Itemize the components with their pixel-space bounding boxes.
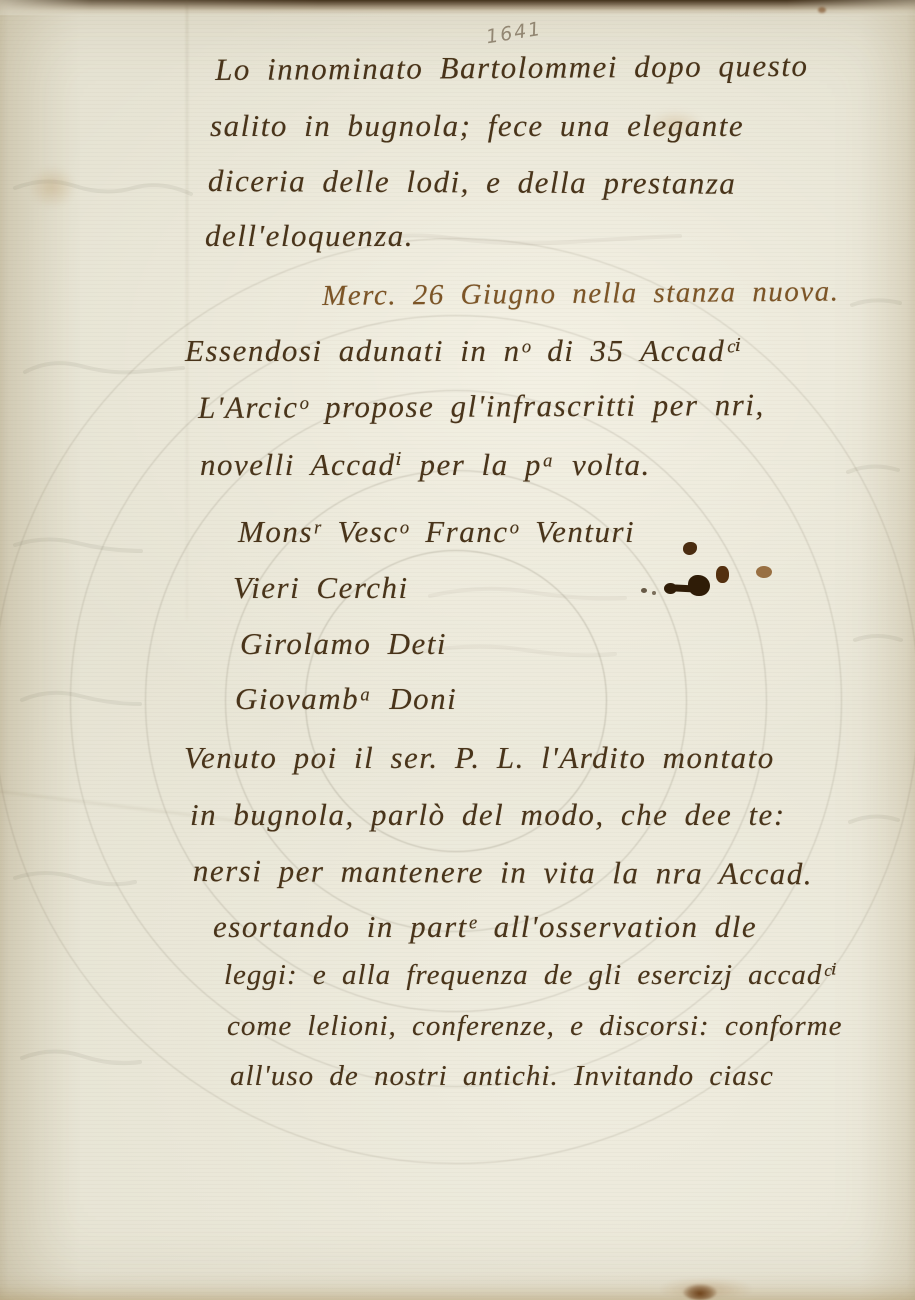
manuscript-line: leggi: e alla frequenza de gli esercizj …	[224, 957, 838, 992]
manuscript-line: L'Arcicᵒ propose gl'infrascritti per nri…	[198, 387, 765, 426]
ink-blot	[641, 588, 647, 593]
name-entry: Girolamo Deti	[240, 626, 447, 662]
manuscript-line: esortando in partᵉ all'osservation dle	[213, 909, 757, 945]
name-entry: Monsʳ Vescᵒ Francᵒ Venturi	[238, 514, 635, 550]
paper-crease	[186, 0, 188, 620]
manuscript-line: nersi per mantenere in vita la nra Accad…	[193, 853, 813, 892]
name-entry: Vieri Cerchi	[233, 570, 409, 606]
name-entry: Giovambᵃ Doni	[235, 681, 457, 717]
manuscript-line: Essendosi adunati in nᵒ di 35 Accadᶜⁱ	[185, 333, 743, 369]
manuscript-line: diceria delle lodi, e della prestanza	[208, 163, 737, 202]
manuscript-line: novelli Accadⁱ per la pᵃ volta.	[200, 447, 651, 483]
ink-blot	[688, 575, 710, 596]
ink-blot	[716, 566, 729, 583]
manuscript-line: in bugnola, parlò del modo, che dee te:	[190, 797, 786, 833]
manuscript-line: Venuto poi il ser. P. L. l'Ardito montat…	[184, 740, 775, 776]
manuscript-line: dell'eloquenza.	[205, 218, 414, 254]
manuscript-line: all'uso de nostri antichi. Invitando cia…	[230, 1060, 774, 1093]
manuscript-line: salito in bugnola; fece una elegante	[210, 108, 744, 144]
session-date-heading: Merc. 26 Giugno nella stanza nuova.	[322, 275, 840, 313]
manuscript-line: come lelioni, conferenze, e discorsi: co…	[227, 1010, 842, 1043]
ink-blot	[756, 566, 772, 578]
manuscript-page: 1641 Lo innominato Bartolommei dopo ques…	[0, 0, 915, 1300]
ink-blot	[652, 591, 656, 595]
manuscript-line: Lo innominato Bartolommei dopo questo	[215, 48, 809, 88]
